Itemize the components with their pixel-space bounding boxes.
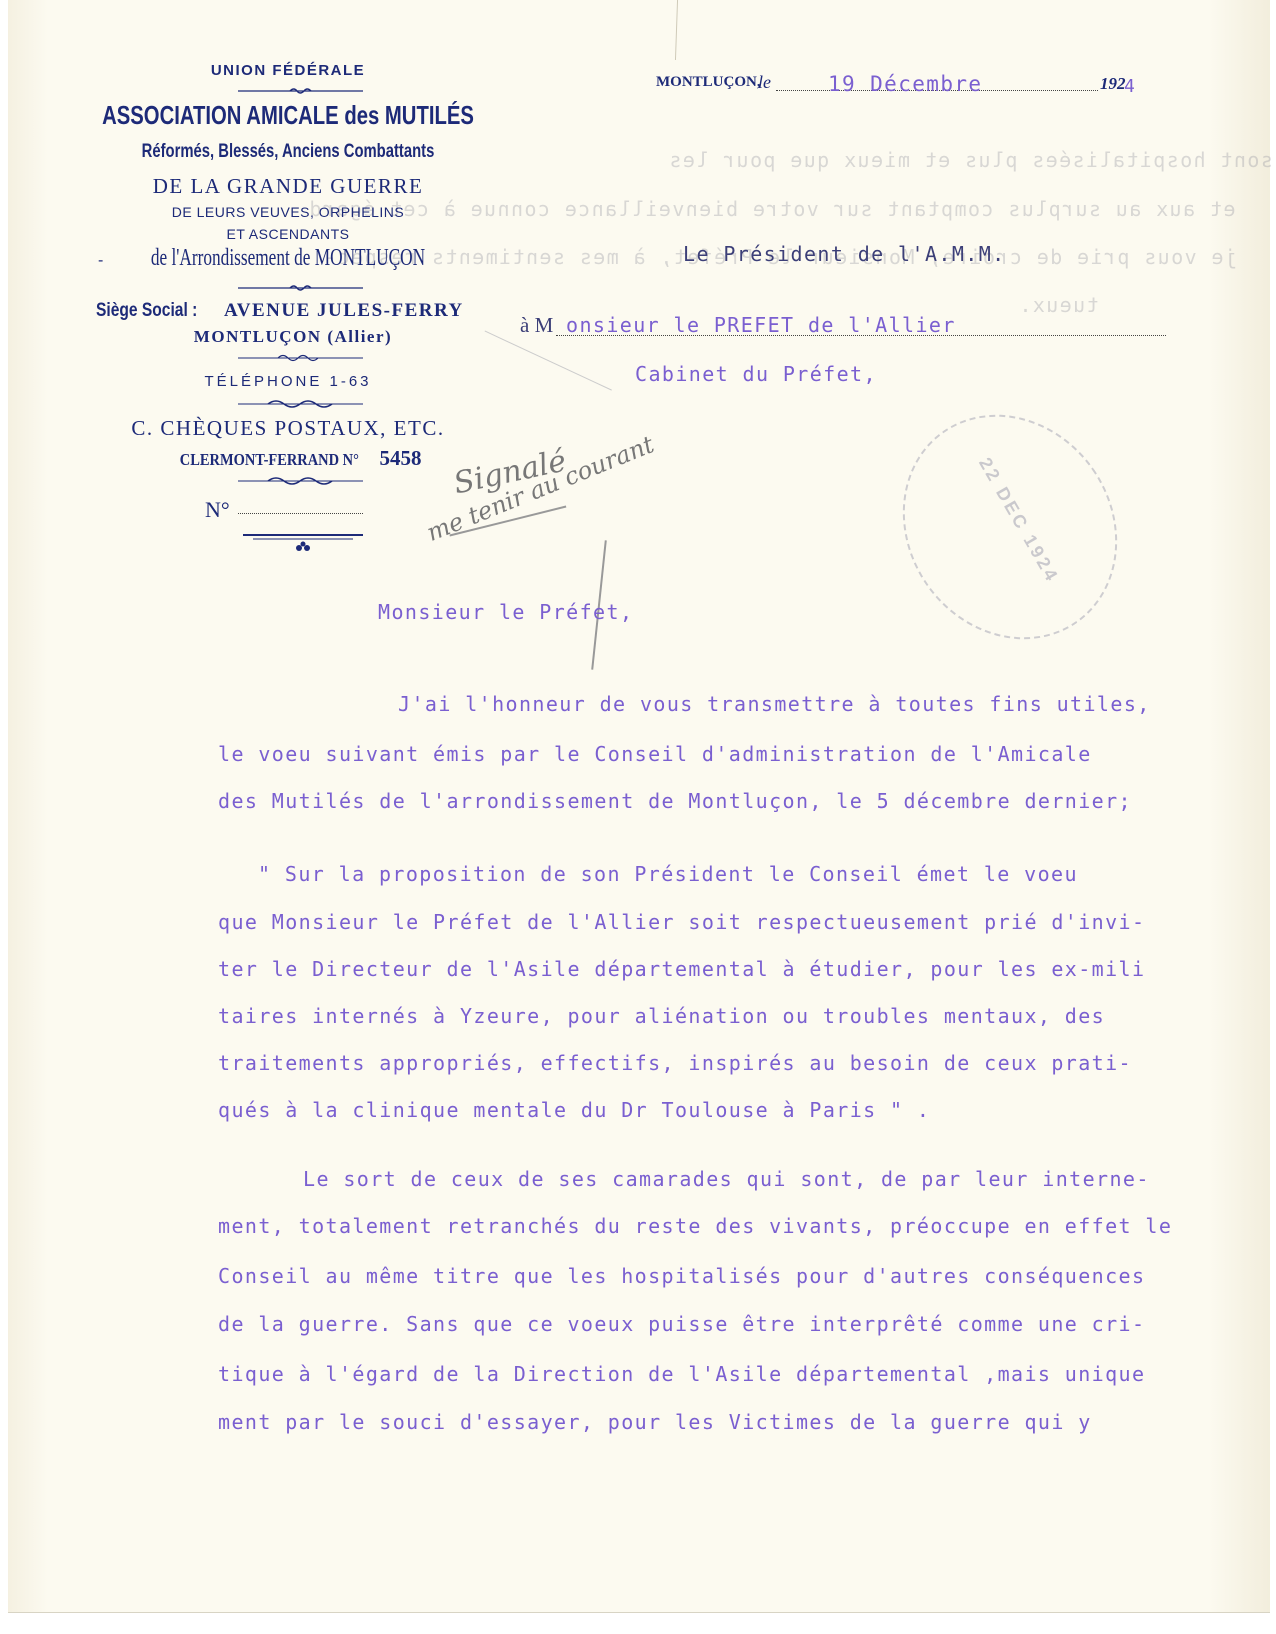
ornament-divider-icon <box>238 353 363 363</box>
recipient-office: Cabinet du Préfet, <box>635 362 877 386</box>
bleed-through-line: sont hospitalisées plus et mieux que pou… <box>668 148 1273 172</box>
siege-label: Siège Social : <box>96 300 197 322</box>
pencil-faint-stroke <box>484 331 612 392</box>
ornament-footer-icon <box>243 532 363 561</box>
letterhead-families-2: ET ASCENDANTS <box>88 226 488 242</box>
sender: Le Président de l'A.M.M. <box>683 242 1006 266</box>
letterhead-association: ASSOCIATION AMICALE des MUTILÉS <box>101 100 475 131</box>
recipient-prefix: à M <box>520 313 553 338</box>
body-line: qués à la clinique mentale du Dr Toulous… <box>218 1098 930 1122</box>
clermont-number: 5458 <box>380 446 422 470</box>
salutation: Monsieur le Préfet, <box>378 600 633 624</box>
letterhead-arrondissement: de l'Arrondissement de MONTLUÇON <box>115 245 461 272</box>
body-line: ter le Directeur de l'Asile départementa… <box>218 957 1145 981</box>
body-line: de la guerre. Sans que ce voeux puisse ê… <box>218 1312 1145 1336</box>
body-line: Le sort de ceux de ses camarades qui son… <box>303 1167 1150 1191</box>
body-line: Conseil au même titre que les hospitalis… <box>218 1264 1145 1288</box>
number-label: N° <box>205 497 230 523</box>
paper-fold <box>675 0 678 60</box>
body-line: tique à l'égard de la Direction de l'Asi… <box>218 1362 1145 1386</box>
ornament-divider-icon <box>238 476 363 486</box>
letterhead-subtitle: Réformés, Blessés, Anciens Combattants <box>101 141 475 163</box>
dash-mark: - <box>98 252 103 270</box>
date-year-prefix: 192 <box>1100 74 1126 94</box>
body-line: " Sur la proposition de son Président le… <box>258 862 1078 886</box>
date-value: 19 Décembre <box>828 72 982 96</box>
letterhead-city: MONTLUÇON (Allier) <box>88 327 498 347</box>
date-le: le <box>758 72 771 93</box>
body-line: taires internés à Yzeure, pour aliénatio… <box>218 1004 1105 1028</box>
number-field <box>238 513 363 514</box>
date-place: MONTLUÇON, <box>656 74 761 91</box>
recipient-dotted-line <box>556 335 1166 336</box>
siege-address: AVENUE JULES-FERRY <box>224 300 464 322</box>
letterhead-families-1: DE LEURS VEUVES, ORPHELINS <box>88 204 488 220</box>
body-line: que Monsieur le Préfet de l'Allier soit … <box>218 910 1145 934</box>
body-line: J'ai l'honneur de vous transmettre à tou… <box>398 692 1151 716</box>
body-line: des Mutilés de l'arrondissement de Montl… <box>218 789 1132 813</box>
ornament-divider-icon <box>238 399 363 409</box>
letterhead-telephone: TÉLÉPHONE 1-63 <box>88 373 488 390</box>
ornament-divider-icon <box>238 283 363 293</box>
body-line: ment, totalement retranchés du reste des… <box>218 1214 1172 1238</box>
date-year-suffix: 4 <box>1124 76 1136 97</box>
letterhead-siege: Siège Social : AVENUE JULES-FERRY <box>96 300 220 322</box>
letter-page: sont hospitalisées plus et mieux que pou… <box>8 0 1270 1612</box>
body-line: ment par le souci d'essayer, pour les Vi… <box>218 1410 1092 1434</box>
recipient: onsieur le PREFET de l'Allier <box>566 313 956 337</box>
letterhead-clermont: CLERMONT-FERRAND N° 5458 <box>83 446 503 471</box>
letterhead-cheques: C. CHÈQUES POSTAUX, ETC. <box>78 416 498 441</box>
letterhead-war: DE LA GRANDE GUERRE <box>68 174 508 199</box>
clermont-label: CLERMONT-FERRAND N° <box>180 450 359 470</box>
body-line: traitements appropriés, effectifs, inspi… <box>218 1051 1132 1075</box>
ornament-divider-icon <box>238 86 363 96</box>
body-line: le voeu suivant émis par le Conseil d'ad… <box>218 742 1092 766</box>
letterhead-union: UNION FÉDÉRALE <box>88 62 488 79</box>
bleed-through-line: tueux. <box>1018 293 1099 317</box>
